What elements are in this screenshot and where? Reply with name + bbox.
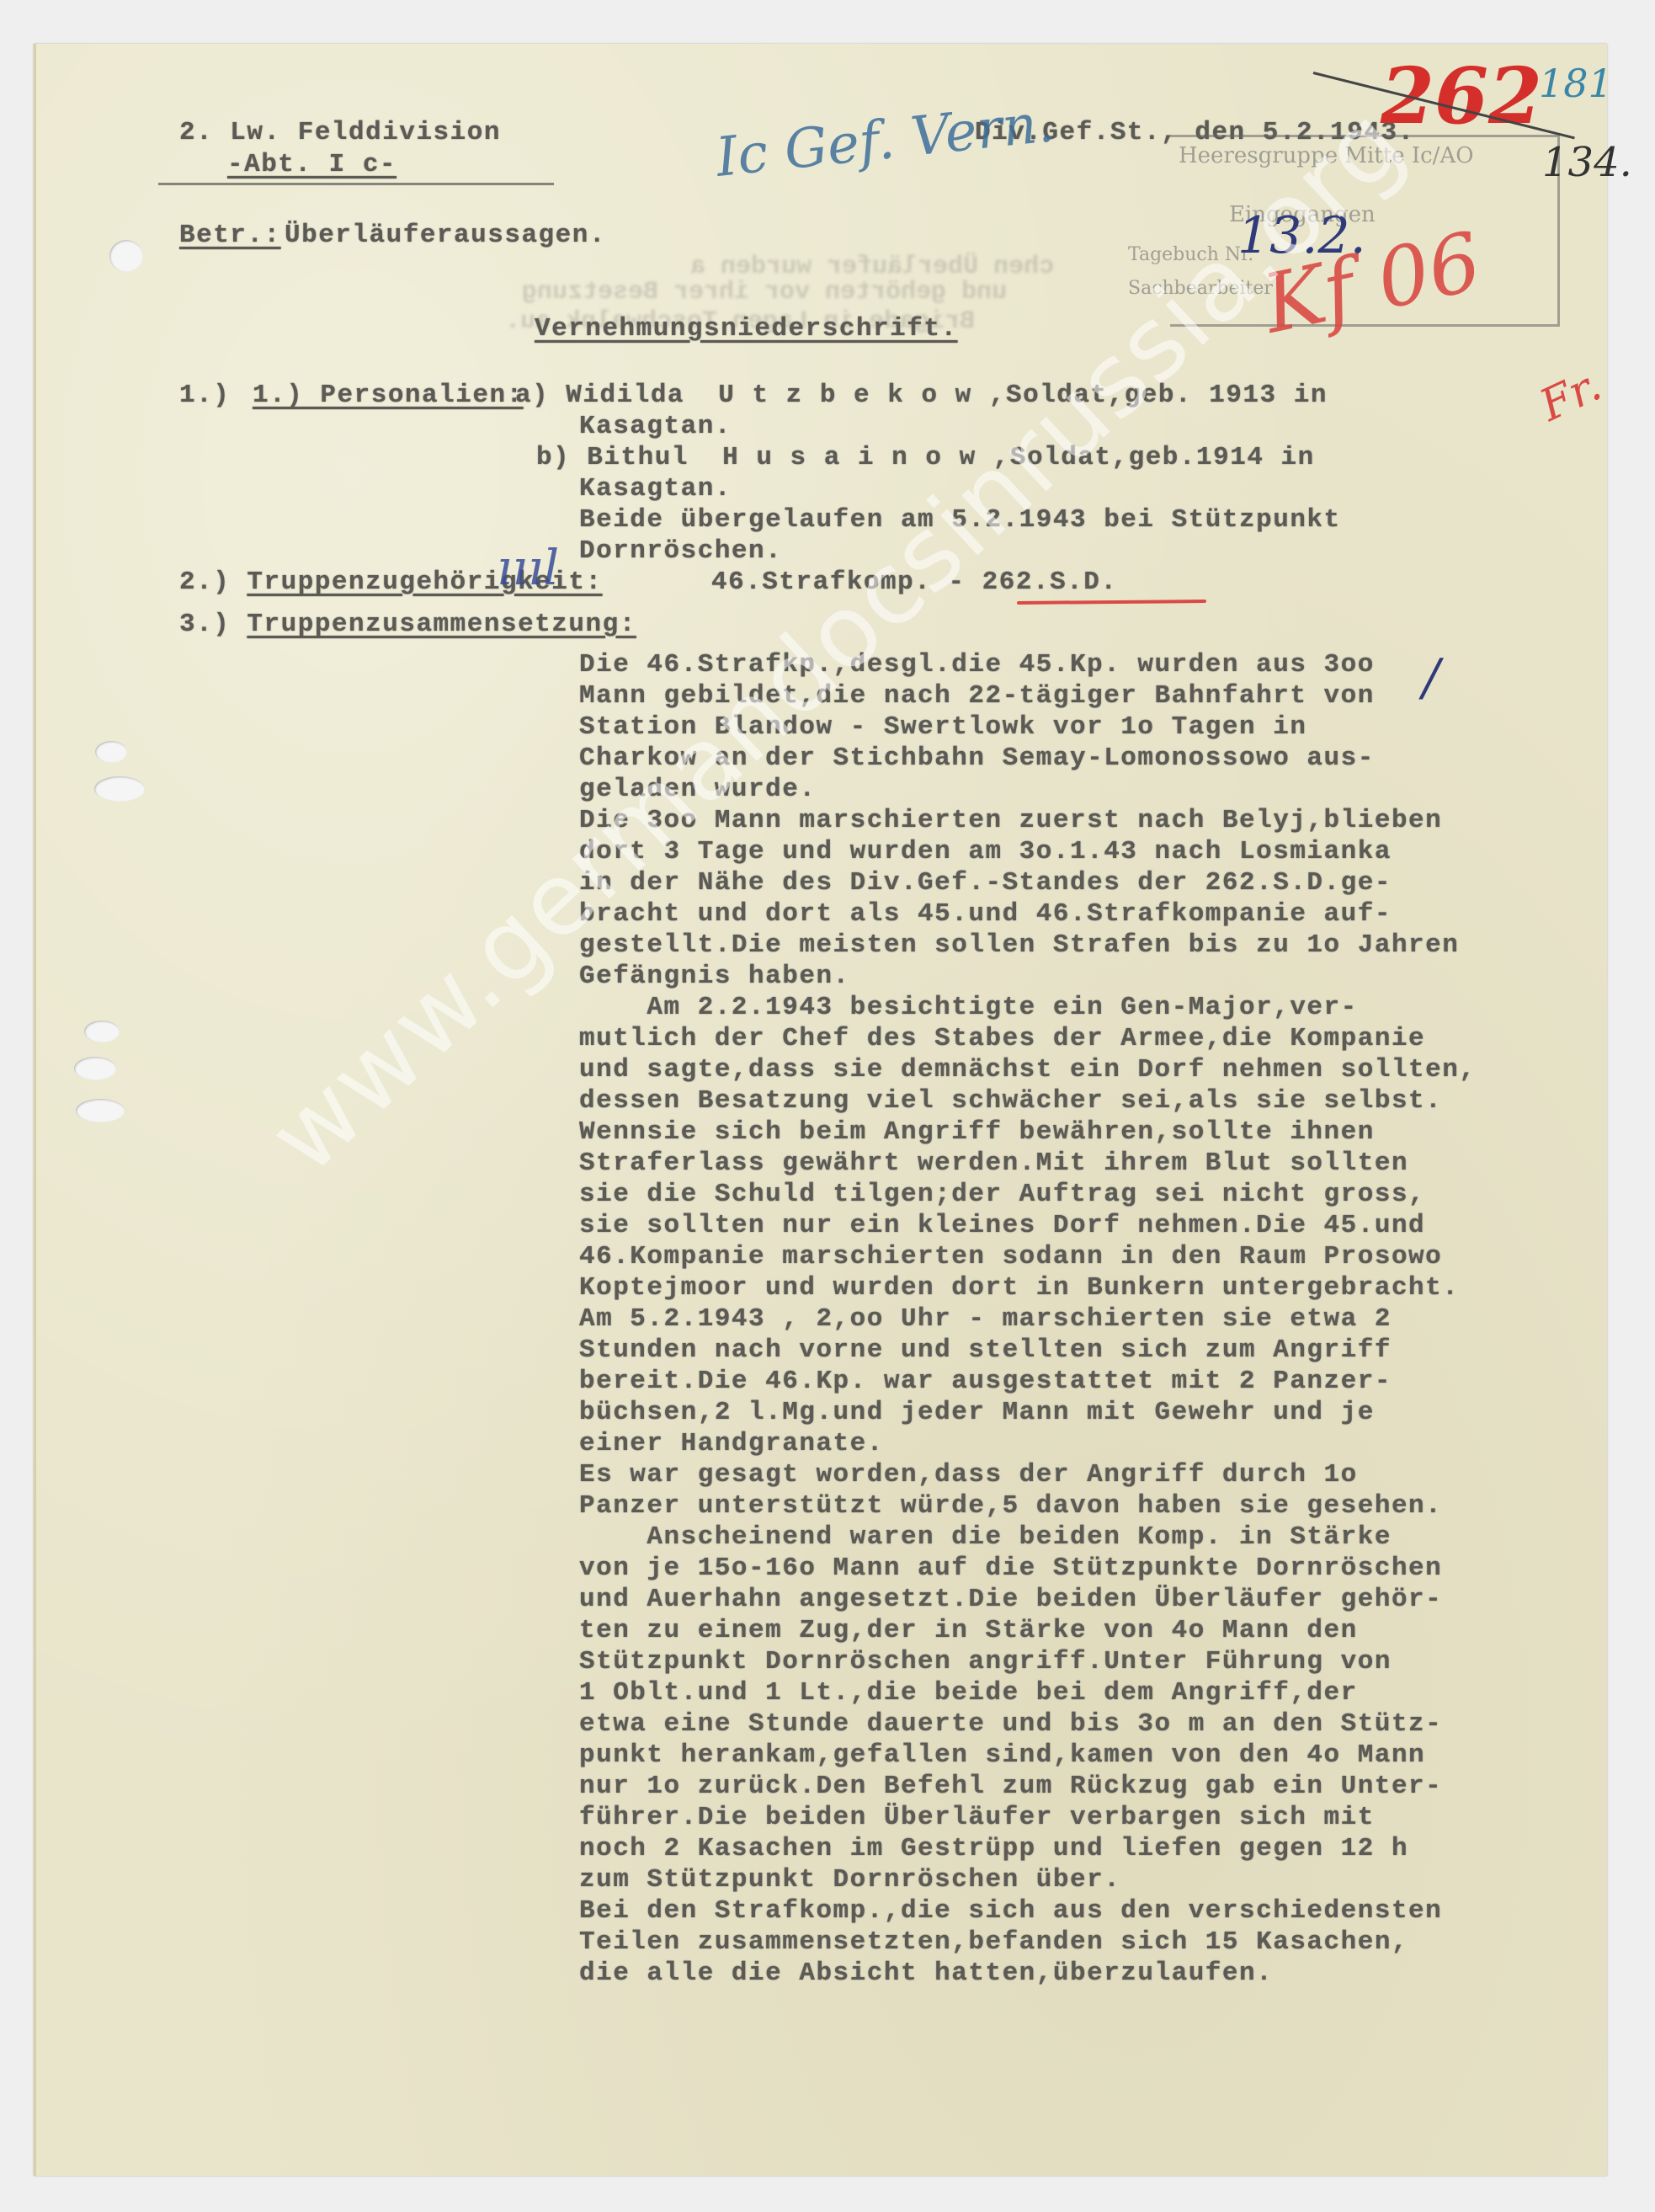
section-3-label: 3.) Truppenzusammensetzung: <box>179 610 636 639</box>
department: -Abt. I c- <box>226 150 398 179</box>
person-b-birthplace: Kasagtan. <box>579 474 732 504</box>
body-line: büchsen,2 l.Mg.und jeder Mann mit Gewehr… <box>579 1398 1375 1427</box>
binder-hole <box>94 776 145 802</box>
person-a-birthplace: Kasagtan. <box>579 412 732 441</box>
binder-hole <box>74 1057 116 1080</box>
body-line: 1 Oblt.und 1 Lt.,die beide bei dem Angri… <box>579 1678 1358 1708</box>
struck-folio-number: 181 <box>1539 61 1613 106</box>
division-number: 262.S.D. <box>982 568 1118 597</box>
body-line: Teilen zusammensetzten,befanden sich 15 … <box>579 1927 1408 1957</box>
body-line: Anscheinend waren die beiden Komp. in St… <box>579 1522 1392 1552</box>
body-line: Stützpunkt Dornröschen angriff.Unter Füh… <box>579 1647 1392 1676</box>
body-line: bereit.Die 46.Kp. war ausgestattet mit 2… <box>579 1367 1392 1396</box>
blue-ink-checkmark: / <box>1423 648 1439 707</box>
body-line: gestellt.Die meisten sollen Strafen bis … <box>579 930 1459 960</box>
body-line: Wennsie sich beim Angriff bewähren,sollt… <box>579 1117 1375 1147</box>
body-line: bracht und dort als 45.und 46.Strafkompa… <box>579 899 1392 929</box>
binder-hole <box>109 240 143 272</box>
body-line: Panzer unterstützt würde,5 davon haben s… <box>579 1491 1442 1521</box>
body-line: zum Stützpunkt Dornröschen über. <box>579 1865 1120 1895</box>
body-line: mutlich der Chef des Stabes der Armee,di… <box>579 1024 1425 1053</box>
body-line: Stunden nach vorne und stellten sich zum… <box>579 1335 1392 1365</box>
body-line: Bei den Strafkomp.,die sich aus den vers… <box>579 1896 1442 1926</box>
body-line: führer.Die beiden Überläufer verbargen s… <box>579 1803 1375 1832</box>
body-line: ten zu einem Zug,der in Stärke von 4o Ma… <box>579 1616 1358 1645</box>
binder-hole <box>84 1021 120 1042</box>
body-line: sie sollten nur ein kleines Dorf nehmen.… <box>579 1211 1425 1240</box>
binder-hole <box>95 741 127 763</box>
person-b: b) Bithul H u s a i n o w ,Soldat,geb.19… <box>536 443 1315 472</box>
body-line: 46.Kompanie marschierten sodann in den R… <box>579 1242 1442 1271</box>
body-line: Gefängnis haben. <box>579 962 850 991</box>
blue-ink-scribble: ıııl <box>497 539 559 596</box>
subject-label: Betr.: <box>179 221 281 250</box>
body-line: nur 1o zurück.Den Befehl zum Rückzug gab… <box>579 1772 1442 1801</box>
body-line: von je 15o-16o Mann auf die Stützpunkte … <box>579 1554 1442 1583</box>
body-line: Am 2.2.1943 besichtigte ein Gen-Major,ve… <box>579 993 1358 1022</box>
bleed-through-text: chen Überläufer wurden a <box>690 253 1054 281</box>
section-3-label-text: Truppenzusammensetzung: <box>247 610 636 639</box>
body-line: in der Nähe des Div.Gef.-Standes der 262… <box>579 868 1392 898</box>
body-line: die alle die Absicht hatten,überzulaufen… <box>579 1959 1273 1988</box>
section-1-label: 1.) Personalien: <box>253 381 524 410</box>
bleed-through-text: und gehörten vor ihrer Besetzung <box>522 278 1007 306</box>
body-line: dessen Besatzung viel schwächer sei,als … <box>579 1086 1442 1116</box>
folio-number: 134. <box>1542 139 1632 186</box>
body-line: einer Handgranate. <box>579 1429 884 1458</box>
body-line: und Auerhahn angesetzt.Die beiden Überlä… <box>579 1585 1442 1614</box>
desertion-note: Dornröschen. <box>579 536 782 566</box>
document-title: Vernehmungsniederschrift. <box>535 314 958 344</box>
section-number: 1.) <box>179 381 247 410</box>
body-line: noch 2 Kasachen im Gestrüpp und liefen g… <box>579 1834 1408 1863</box>
body-line: punkt herankam,gefallen sind,kamen von d… <box>579 1740 1425 1770</box>
person-a: a) Widilda U t z b e k o w ,Soldat,geb. … <box>515 381 1328 410</box>
body-line: Es war gesagt worden,dass der Angriff du… <box>579 1460 1358 1490</box>
body-line: sie die Schuld tilgen;der Auftrag sei ni… <box>579 1180 1425 1209</box>
body-line: Koptejmoor und wurden dort in Bunkern un… <box>579 1273 1459 1303</box>
binder-hole <box>76 1099 125 1122</box>
unit-name: 2. Lw. Felddivision <box>179 118 501 147</box>
body-line: etwa eine Stunde dauerte und bis 3o m an… <box>579 1709 1442 1739</box>
body-line: Straferlass gewährt werden.Mit ihrem Blu… <box>579 1149 1408 1178</box>
header-rule <box>158 183 554 185</box>
body-line: und sagte,dass sie demnächst ein Dorf ne… <box>579 1055 1476 1085</box>
subject: Überläuferaussagen. <box>285 221 606 250</box>
body-line: Die 46.Strafkp.,desgl.die 45.Kp. wurden … <box>579 650 1375 680</box>
body-line: Am 5.2.1943 , 2,oo Uhr - marschierten si… <box>579 1304 1392 1334</box>
